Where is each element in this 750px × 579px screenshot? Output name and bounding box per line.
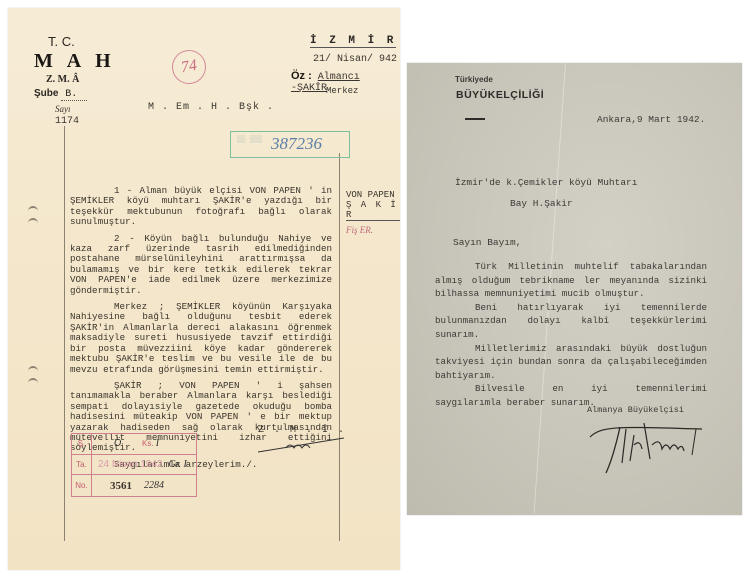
stamp-group: Gr. I [169,459,187,470]
embassy-letterhead-line1: Türkiyede [455,75,493,84]
header-city: İ Z M İ R [310,35,396,48]
stamp-row: 24 Nisan 1942 Gr. I [92,455,196,476]
stamp-label: No. [72,475,92,496]
margin-note-line: Ş A K İ R [346,200,400,221]
paragraph: Beni hatırlıyarak iyi temennilerde bulun… [435,301,707,342]
signature-scribble-icon [256,436,346,454]
header-date: 21/ Nisan/ 942 [313,54,397,65]
signature-initials: Z . M . İ . [258,425,346,436]
punch-hole-icon [28,206,38,216]
stamp-date: 24 Nisan 1942 [98,459,163,470]
paragraph: Türk Milletinin muhtelif tabakalarından … [435,260,707,301]
ks-value: I [156,438,159,449]
stamp-row: 3561 2284 [92,475,196,496]
branch-value: B. [61,89,87,101]
paragraph: 1 - Alman büyük elçisi VON PAPEN ' in ŞE… [70,186,332,228]
recipient-line2: Bay H.Şakir [510,198,573,209]
number-value: 1174 [55,116,79,127]
letter-date: Ankara,9 Mart 1942. [597,114,705,125]
branch-label: Şube [34,88,58,99]
addressee: M . Em . H . Bşk . [148,102,274,113]
circled-page-number: 74 [169,47,208,86]
papen-signature-icon [582,415,712,475]
number-label: Sayı [55,104,71,114]
punch-hole-icon [28,366,38,376]
margin-line [64,126,65,541]
margin-line [339,153,340,541]
subject-label: Öz : [291,70,312,82]
stamp-label: Ş. [72,434,92,455]
margin-note-line: VON PAPEN [346,190,400,200]
embassy-letterhead-line2: BÜYÜKELÇİLİĞİ [456,89,544,101]
signature-title: Almanya Büyükelçisi [587,405,684,415]
ks-label: Ks. [142,439,154,448]
punch-hole-icon [28,378,38,388]
stamp-faded-text: ▒▒ ▒▒▒ [237,136,262,144]
stamp-number: 387236 [271,134,322,154]
letterhead-org: M A H [34,50,116,73]
letterhead-rule [465,118,485,120]
stamp-ks: Ks. I [142,438,159,449]
registry-stamp: Ş. Ö Ks. I Ta. 24 Nisan 1942 Gr. I No. 3… [71,433,197,497]
paragraph: 2 - Köyün bağlı bulunduğu Nahiye ve kaza… [70,234,332,296]
branch-field: Şube B. [34,88,87,100]
salutation: Sayın Bayım, [453,237,521,248]
punch-hole-icon [28,218,38,228]
letter-body: Türk Milletinin muhtelif tabakalarından … [435,260,707,410]
left-document-report: T. C. M A H Z. M. Â Şube B. Sayı 1174 74… [8,8,400,570]
handwritten-note: Fiş ER. [346,225,400,235]
green-registry-stamp: ▒▒ ▒▒▒ 387236 [230,131,350,158]
letterhead-tc: T. C. [48,34,75,49]
stamp-row: Ö Ks. I [92,434,196,455]
paragraph: Milletlerimiz arasındaki büyük dostluğun… [435,342,707,383]
right-document-letter: Türkiyede BÜYÜKELÇİLİĞİ Ankara,9 Mart 19… [407,63,742,515]
stamp-label: Ta. [72,455,92,476]
destination: Merkez [326,86,358,96]
stamp-reg-number: 3561 [110,480,132,492]
letterhead-unit: Z. M. Â [46,74,79,85]
stamp-hw-number: 2284 [144,480,164,491]
recipient-line1: İzmir'de k.Çemikler köyü Muhtarı [455,177,637,188]
stamp-mark: Ö [114,438,121,449]
margin-note: VON PAPEN Ş A K İ R Fiş ER. [346,190,400,235]
paragraph: Merkez ; ŞEMİKLER köyünün Karşıyaka Nahi… [70,302,332,375]
